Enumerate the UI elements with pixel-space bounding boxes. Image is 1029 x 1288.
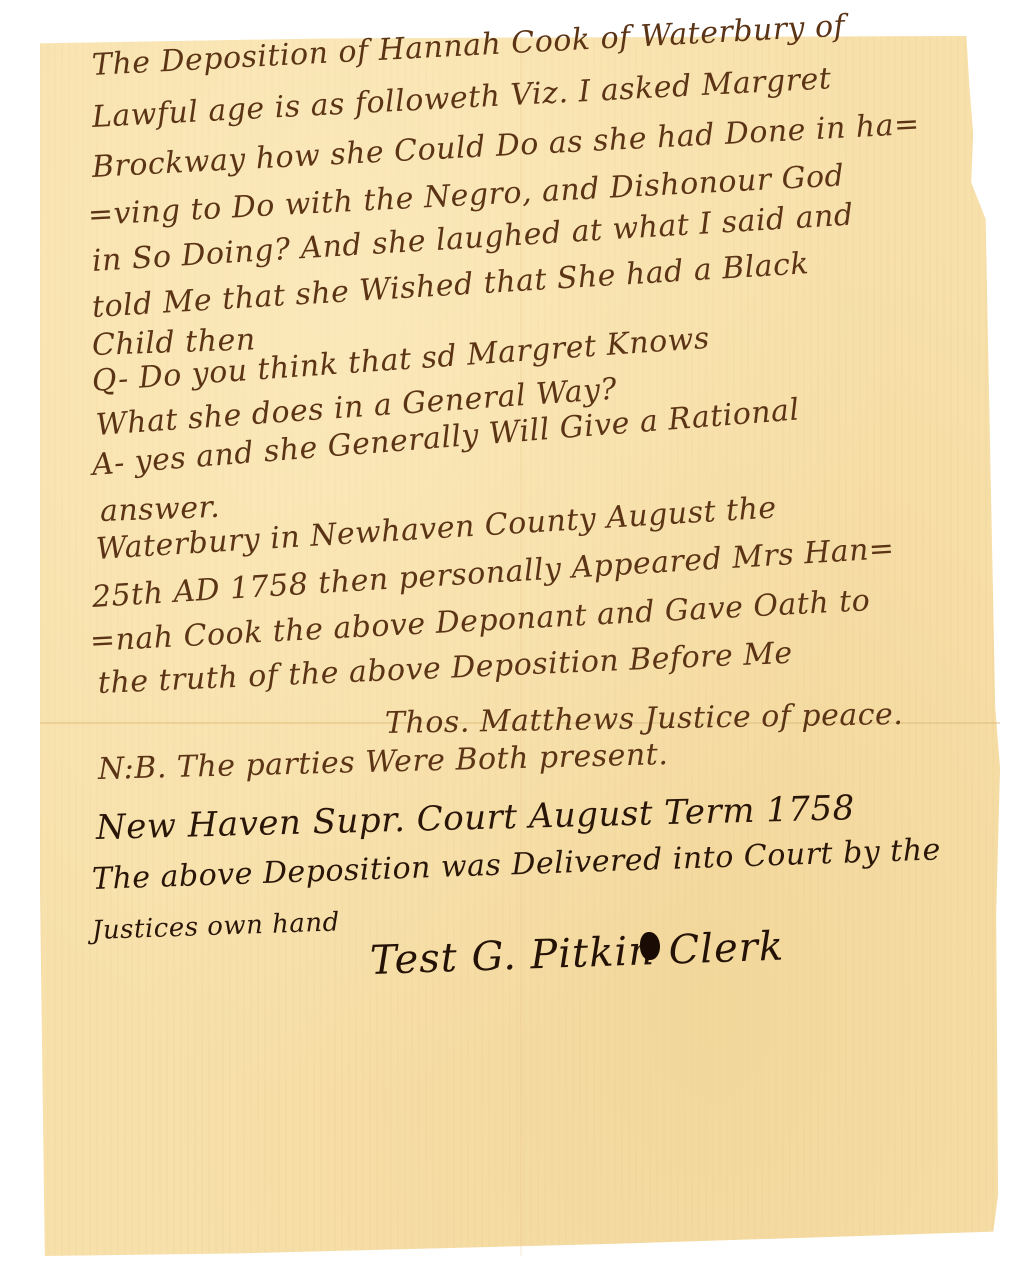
answer-line-2: answer. bbox=[99, 490, 220, 529]
ink-blot bbox=[640, 932, 660, 960]
